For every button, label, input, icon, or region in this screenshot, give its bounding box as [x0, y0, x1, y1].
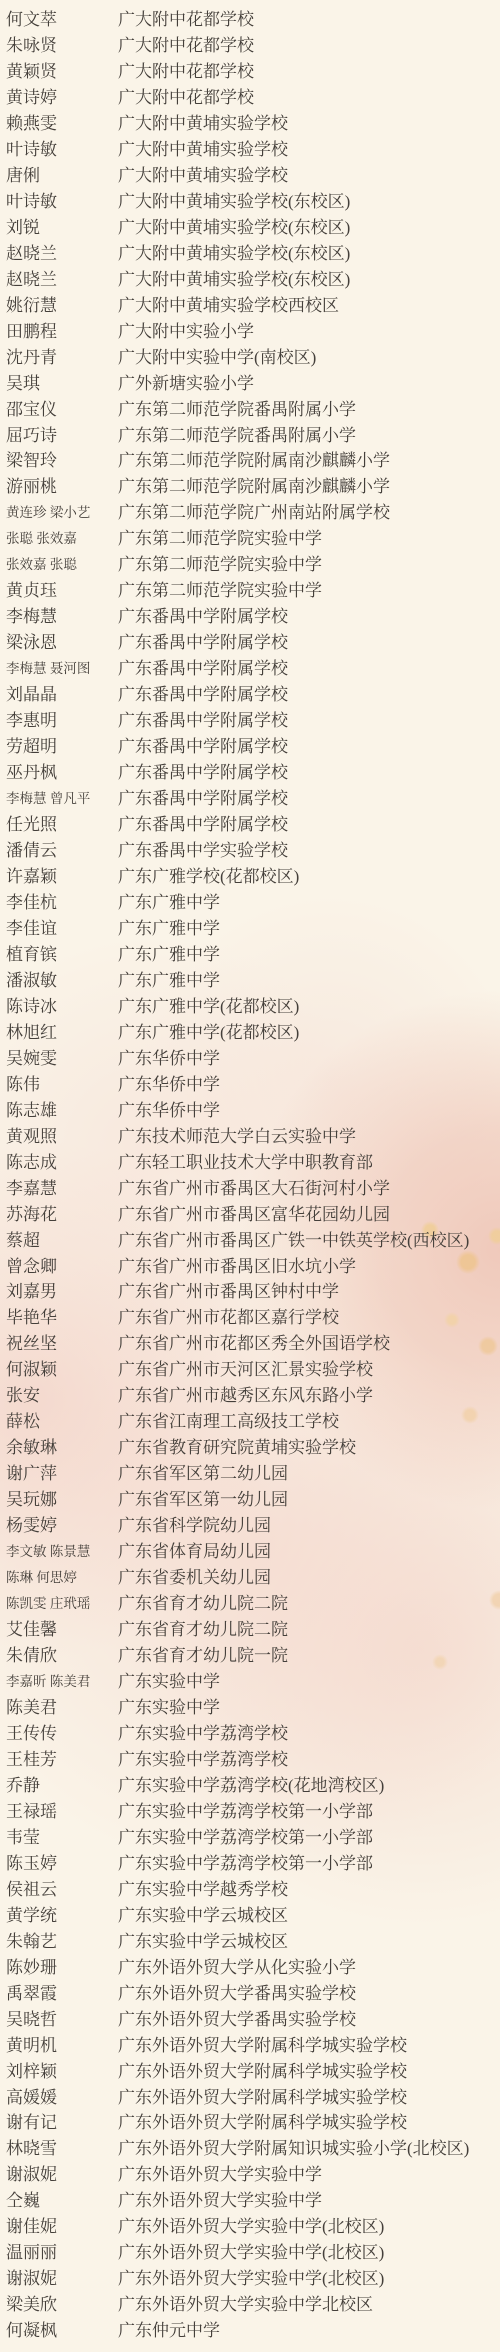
list-item: 薛松 广东省江南理工高级技工学校 — [0, 1409, 500, 1435]
school-name: 广东外语外贸大学实验中学(北校区) — [118, 2240, 500, 2266]
list-item: 高媛媛 广东外语外贸大学附属科学城实验学校 — [0, 2085, 500, 2111]
school-name: 广大附中黄埔实验学校(东校区) — [118, 189, 500, 215]
recipient-name: 许嘉颖 — [0, 864, 118, 890]
list-item: 陈玉婷 广东实验中学荔湾学校第一小学部 — [0, 1851, 500, 1877]
recipient-name: 乔静 — [0, 1773, 118, 1799]
school-name: 广东第二师范学院附属南沙麒麟小学 — [118, 448, 500, 474]
recipient-name: 巫丹枫 — [0, 760, 118, 786]
school-name: 广东番禺中学附属学校 — [118, 630, 500, 656]
school-name: 广东外语外贸大学附属科学城实验学校 — [118, 2085, 500, 2111]
recipient-name: 李惠明 — [0, 708, 118, 734]
school-name: 广东广雅中学 — [118, 942, 500, 968]
school-name: 广东外语外贸大学实验中学(北校区) — [118, 2214, 500, 2240]
school-name: 广东实验中学云城校区 — [118, 1903, 500, 1929]
school-name: 广东实验中学荔湾学校 — [118, 1721, 500, 1747]
list-item: 陈凯雯 庄玳瑶 广东省育才幼儿院二院 — [0, 1591, 500, 1617]
school-name: 广大附中黄埔实验学校(东校区) — [118, 267, 500, 293]
school-name: 广东华侨中学 — [118, 1046, 500, 1072]
recipient-name: 李梅慧 聂河图 — [0, 656, 118, 682]
recipient-name: 薛松 — [0, 1409, 118, 1435]
school-name: 广东省广州市番禺区大石街河村小学 — [118, 1176, 500, 1202]
list-item: 林晓雪 广东外语外贸大学附属知识城实验小学(北校区) — [0, 2136, 500, 2162]
recipient-name: 李佳杭 — [0, 890, 118, 916]
recipient-name: 黄颖贤 — [0, 59, 118, 85]
recipient-name: 蔡超 — [0, 1228, 118, 1254]
recipient-name: 刘梓颖 — [0, 2059, 118, 2085]
list-item: 祝丝坚 广东省广州市花都区秀全外国语学校 — [0, 1331, 500, 1357]
school-name: 广大附中黄埔实验学校 — [118, 111, 500, 137]
school-name: 广东华侨中学 — [118, 1072, 500, 1098]
list-item: 许嘉颖 广东广雅学校(花都校区) — [0, 864, 500, 890]
school-name: 广东省广州市番禺区钟村中学 — [118, 1279, 500, 1305]
recipient-name: 刘锐 — [0, 215, 118, 241]
list-item: 梁泳恩 广东番禺中学附属学校 — [0, 630, 500, 656]
school-name: 广东广雅中学 — [118, 968, 500, 994]
list-item: 游丽桃 广东第二师范学院附属南沙麒麟小学 — [0, 474, 500, 500]
school-name: 广东省科学院幼儿园 — [118, 1513, 500, 1539]
recipient-name: 刘晶晶 — [0, 682, 118, 708]
school-name: 广东广雅中学 — [118, 890, 500, 916]
recipient-name: 余敏琳 — [0, 1435, 118, 1461]
recipient-name: 黄学统 — [0, 1903, 118, 1929]
recipient-name: 陈玉婷 — [0, 1851, 118, 1877]
list-item: 禹翠霞 广东外语外贸大学番禺实验学校 — [0, 1981, 500, 2007]
recipient-name: 毕艳华 — [0, 1305, 118, 1331]
list-item: 侯祖云 广东实验中学越秀学校 — [0, 1877, 500, 1903]
list-item: 李嘉昕 陈美君 广东实验中学 — [0, 1669, 500, 1695]
school-name: 广东技术师范大学白云实验中学 — [118, 1124, 500, 1150]
recipient-name: 张效嘉 张聪 — [0, 552, 118, 578]
list-item: 曾念卿 广东省广州市番禺区旧水坑小学 — [0, 1254, 500, 1280]
school-name: 广东实验中学荔湾学校 — [118, 1747, 500, 1773]
school-name: 广东番禺中学附属学校 — [118, 734, 500, 760]
recipient-name: 朱翰艺 — [0, 1929, 118, 1955]
list-item: 吴琪 广外新塘实验小学 — [0, 371, 500, 397]
recipient-name: 潘淑敏 — [0, 968, 118, 994]
list-item: 陈志成 广东轻工职业技术大学中职教育部 — [0, 1150, 500, 1176]
recipient-name: 林晓雪 — [0, 2136, 118, 2162]
school-name: 广东省广州市花都区嘉行学校 — [118, 1305, 500, 1331]
recipient-name: 杨雯婷 — [0, 1513, 118, 1539]
list-item: 吴晓哲 广东外语外贸大学番禺实验学校 — [0, 2007, 500, 2033]
recipient-name: 陈诗冰 — [0, 994, 118, 1020]
recipient-name: 谢有记 — [0, 2110, 118, 2136]
school-name: 广东省体育局幼儿园 — [118, 1539, 500, 1565]
recipient-name: 植育镔 — [0, 942, 118, 968]
school-name: 广东外语外贸大学实验中学 — [118, 2162, 500, 2188]
recipient-name: 李文敏 陈景慧 — [0, 1539, 118, 1565]
school-name: 广东省育才幼儿院二院 — [118, 1591, 500, 1617]
school-name: 广大附中花都学校 — [118, 59, 500, 85]
list-item: 黄贞珏 广东第二师范学院实验中学 — [0, 578, 500, 604]
list-item: 谢淑妮 广东外语外贸大学实验中学 — [0, 2162, 500, 2188]
list-item: 李梅慧 广东番禺中学附属学校 — [0, 604, 500, 630]
list-item: 黄颖贤 广大附中花都学校 — [0, 59, 500, 85]
list-item: 何淑颖 广东省广州市天河区汇景实验学校 — [0, 1357, 500, 1383]
list-item: 刘锐 广大附中黄埔实验学校(东校区) — [0, 215, 500, 241]
school-name: 广东第二师范学院附属南沙麒麟小学 — [118, 474, 500, 500]
recipient-name: 何凝枫 — [0, 2318, 118, 2344]
list-item: 温丽丽 广东外语外贸大学实验中学(北校区) — [0, 2240, 500, 2266]
list-item: 田鹏程 广大附中实验小学 — [0, 319, 500, 345]
recipient-name: 仝巍 — [0, 2188, 118, 2214]
recipient-name: 陈志雄 — [0, 1098, 118, 1124]
list-item: 张效嘉 张聪 广东第二师范学院实验中学 — [0, 552, 500, 578]
list-item: 赵晓兰 广大附中黄埔实验学校(东校区) — [0, 241, 500, 267]
list-item: 邵宝仪 广东第二师范学院番禺附属小学 — [0, 397, 500, 423]
recipient-name: 黄明机 — [0, 2033, 118, 2059]
school-name: 广东省育才幼儿院一院 — [118, 1643, 500, 1669]
recipient-name: 李嘉昕 陈美君 — [0, 1669, 118, 1695]
school-name: 广大附中黄埔实验学校(东校区) — [118, 215, 500, 241]
school-name: 广东实验中学 — [118, 1695, 500, 1721]
recipient-name: 王桂芳 — [0, 1747, 118, 1773]
recipient-name: 梁泳恩 — [0, 630, 118, 656]
recipient-name: 赵晓兰 — [0, 267, 118, 293]
recipient-name: 高媛媛 — [0, 2085, 118, 2111]
school-name: 广大附中花都学校 — [118, 7, 500, 33]
recipient-name: 苏海花 — [0, 1202, 118, 1228]
list-item: 植育镔 广东广雅中学 — [0, 942, 500, 968]
school-name: 广东第二师范学院实验中学 — [118, 578, 500, 604]
recipient-name: 陈伟 — [0, 1072, 118, 1098]
school-name: 广东番禺中学附属学校 — [118, 786, 500, 812]
school-name: 广大附中花都学校 — [118, 33, 500, 59]
list-item: 潘淑敏 广东广雅中学 — [0, 968, 500, 994]
school-name: 广大附中黄埔实验学校西校区 — [118, 293, 500, 319]
school-name: 广东番禺中学附属学校 — [118, 760, 500, 786]
award-list-page: { "style": { "page_background": "#faf4e8… — [0, 0, 500, 2352]
school-name: 广东实验中学荔湾学校(花地湾校区) — [118, 1773, 500, 1799]
recipient-name: 叶诗敏 — [0, 189, 118, 215]
list-item: 谢佳妮 广东外语外贸大学实验中学(北校区) — [0, 2214, 500, 2240]
list-item: 黄观照 广东技术师范大学白云实验中学 — [0, 1124, 500, 1150]
list-item: 何文萃 广大附中花都学校 — [0, 7, 500, 33]
list-item: 王桂芳 广东实验中学荔湾学校 — [0, 1747, 500, 1773]
recipient-name: 沈丹青 — [0, 345, 118, 371]
list-item: 黄学统 广东实验中学云城校区 — [0, 1903, 500, 1929]
recipient-name: 任光照 — [0, 812, 118, 838]
list-item: 毕艳华 广东省广州市花都区嘉行学校 — [0, 1305, 500, 1331]
list-item: 陈琳 何思婷 广东省委机关幼儿园 — [0, 1565, 500, 1591]
recipient-name: 艾佳馨 — [0, 1617, 118, 1643]
list-item: 谢有记 广东外语外贸大学附属科学城实验学校 — [0, 2110, 500, 2136]
recipient-name: 陈琳 何思婷 — [0, 1565, 118, 1591]
recipient-name: 唐俐 — [0, 163, 118, 189]
list-item: 沈丹青 广大附中实验中学(南校区) — [0, 345, 500, 371]
school-name: 广大附中黄埔实验学校 — [118, 137, 500, 163]
recipient-name: 赵晓兰 — [0, 241, 118, 267]
list-item: 张安 广东省广州市越秀区东风东路小学 — [0, 1383, 500, 1409]
list-item: 黄诗婷 广大附中花都学校 — [0, 85, 500, 111]
school-name: 广东省江南理工高级技工学校 — [118, 1409, 500, 1435]
list-item: 姚衍慧 广大附中黄埔实验学校西校区 — [0, 293, 500, 319]
recipient-name: 温丽丽 — [0, 2240, 118, 2266]
list-item: 赵晓兰 广大附中黄埔实验学校(东校区) — [0, 267, 500, 293]
school-name: 广东华侨中学 — [118, 1098, 500, 1124]
school-name: 广东外语外贸大学附属知识城实验小学(北校区) — [118, 2136, 500, 2162]
recipient-name: 王传传 — [0, 1721, 118, 1747]
list-item: 陈志雄 广东华侨中学 — [0, 1098, 500, 1124]
recipient-name: 侯祖云 — [0, 1877, 118, 1903]
recipient-name: 陈妙珊 — [0, 1955, 118, 1981]
school-name: 广东第二师范学院实验中学 — [118, 526, 500, 552]
school-name: 广东省广州市天河区汇景实验学校 — [118, 1357, 500, 1383]
recipient-name: 赖燕雯 — [0, 111, 118, 137]
list-item: 叶诗敏 广大附中黄埔实验学校 — [0, 137, 500, 163]
list-item: 黄连珍 梁小艺 广东第二师范学院广州南站附属学校 — [0, 500, 500, 526]
recipient-name: 叶诗敏 — [0, 137, 118, 163]
school-name: 广东番禺中学附属学校 — [118, 604, 500, 630]
recipient-name: 陈美君 — [0, 1695, 118, 1721]
school-name: 广东省广州市番禺区富华花园幼儿园 — [118, 1202, 500, 1228]
recipient-name: 谢广萍 — [0, 1461, 118, 1487]
school-name: 广东外语外贸大学番禺实验学校 — [118, 2007, 500, 2033]
recipient-name: 吴玩娜 — [0, 1487, 118, 1513]
list-item: 吴玩娜 广东省军区第一幼儿园 — [0, 1487, 500, 1513]
recipient-name: 李梅慧 — [0, 604, 118, 630]
school-name: 广东省广州市越秀区东风东路小学 — [118, 1383, 500, 1409]
school-name: 广东仲元中学 — [118, 2318, 500, 2344]
list-item: 苏海花 广东省广州市番禺区富华花园幼儿园 — [0, 1202, 500, 1228]
list-item: 刘梓颖 广东外语外贸大学附属科学城实验学校 — [0, 2059, 500, 2085]
school-name: 广东实验中学越秀学校 — [118, 1877, 500, 1903]
list-item: 刘嘉男 广东省广州市番禺区钟村中学 — [0, 1279, 500, 1305]
list-item: 朱翰艺 广东实验中学云城校区 — [0, 1929, 500, 1955]
school-name: 广大附中花都学校 — [118, 85, 500, 111]
list-item: 王传传 广东实验中学荔湾学校 — [0, 1721, 500, 1747]
list-item: 李梅慧 曾凡平 广东番禺中学附属学校 — [0, 786, 500, 812]
list-item: 刘晶晶 广东番禺中学附属学校 — [0, 682, 500, 708]
recipient-name: 潘倩云 — [0, 838, 118, 864]
school-name: 广东第二师范学院实验中学 — [118, 552, 500, 578]
school-name: 广东番禺中学附属学校 — [118, 708, 500, 734]
list-item: 巫丹枫 广东番禺中学附属学校 — [0, 760, 500, 786]
recipient-name: 何文萃 — [0, 7, 118, 33]
school-name: 广东实验中学荔湾学校第一小学部 — [118, 1851, 500, 1877]
school-name: 广东省育才幼儿院二院 — [118, 1617, 500, 1643]
list-item: 叶诗敏 广大附中黄埔实验学校(东校区) — [0, 189, 500, 215]
recipient-name: 王禄瑶 — [0, 1799, 118, 1825]
recipient-name: 谢佳妮 — [0, 2214, 118, 2240]
school-name: 广东省军区第二幼儿园 — [118, 1461, 500, 1487]
school-name: 广东外语外贸大学实验中学(北校区) — [118, 2266, 500, 2292]
school-name: 广东广雅中学(花都校区) — [118, 994, 500, 1020]
list-item: 仝巍 广东外语外贸大学实验中学 — [0, 2188, 500, 2214]
list-item: 谢广萍 广东省军区第二幼儿园 — [0, 1461, 500, 1487]
list-item: 韦莹 广东实验中学荔湾学校第一小学部 — [0, 1825, 500, 1851]
recipient-name: 朱倩欣 — [0, 1643, 118, 1669]
list-item: 艾佳馨 广东省育才幼儿院二院 — [0, 1617, 500, 1643]
list-item: 朱咏贤 广大附中花都学校 — [0, 33, 500, 59]
list-item: 李嘉慧 广东省广州市番禺区大石街河村小学 — [0, 1176, 500, 1202]
recipient-name: 梁智玲 — [0, 448, 118, 474]
school-name: 广东第二师范学院广州南站附属学校 — [118, 500, 500, 526]
list-item: 李梅慧 聂河图 广东番禺中学附属学校 — [0, 656, 500, 682]
school-name: 广东外语外贸大学附属科学城实验学校 — [118, 2110, 500, 2136]
list-item: 黄明机 广东外语外贸大学附属科学城实验学校 — [0, 2033, 500, 2059]
recipient-name: 禹翠霞 — [0, 1981, 118, 2007]
school-name: 广东实验中学荔湾学校第一小学部 — [118, 1825, 500, 1851]
recipient-name: 劳超明 — [0, 734, 118, 760]
recipient-name: 谢淑妮 — [0, 2266, 118, 2292]
recipient-name: 黄连珍 梁小艺 — [0, 500, 118, 526]
recipient-name: 刘嘉男 — [0, 1279, 118, 1305]
recipient-name: 朱咏贤 — [0, 33, 118, 59]
recipient-name: 黄观照 — [0, 1124, 118, 1150]
recipient-name: 黄贞珏 — [0, 578, 118, 604]
list-item: 张聪 张效嘉 广东第二师范学院实验中学 — [0, 526, 500, 552]
recipient-name: 李嘉慧 — [0, 1176, 118, 1202]
list-item: 李文敏 陈景慧 广东省体育局幼儿园 — [0, 1539, 500, 1565]
recipient-name: 李梅慧 曾凡平 — [0, 786, 118, 812]
school-name: 广东番禺中学附属学校 — [118, 682, 500, 708]
award-list: 何文萃 广大附中花都学校 朱咏贤 广大附中花都学校 黄颖贤 广大附中花都学校 黄… — [0, 0, 500, 2344]
school-name: 广东第二师范学院番禺附属小学 — [118, 423, 500, 449]
school-name: 广东轻工职业技术大学中职教育部 — [118, 1150, 500, 1176]
list-item: 陈美君 广东实验中学 — [0, 1695, 500, 1721]
school-name: 广东第二师范学院番禺附属小学 — [118, 397, 500, 423]
school-name: 广东番禺中学附属学校 — [118, 656, 500, 682]
recipient-name: 张聪 张效嘉 — [0, 526, 118, 552]
recipient-name: 黄诗婷 — [0, 85, 118, 111]
school-name: 广东外语外贸大学番禺实验学校 — [118, 1981, 500, 2007]
school-name: 广大附中实验小学 — [118, 319, 500, 345]
list-item: 屈巧诗 广东第二师范学院番禺附属小学 — [0, 423, 500, 449]
recipient-name: 姚衍慧 — [0, 293, 118, 319]
school-name: 广东省广州市番禺区广铁一中铁英学校(西校区) — [118, 1228, 500, 1254]
list-item: 任光照 广东番禺中学附属学校 — [0, 812, 500, 838]
list-item: 陈妙珊 广东外语外贸大学从化实验小学 — [0, 1955, 500, 1981]
school-name: 广东外语外贸大学实验中学北校区 — [118, 2292, 500, 2318]
list-item: 赖燕雯 广大附中黄埔实验学校 — [0, 111, 500, 137]
list-item: 李惠明 广东番禺中学附属学校 — [0, 708, 500, 734]
recipient-name: 何淑颖 — [0, 1357, 118, 1383]
list-item: 朱倩欣 广东省育才幼儿院一院 — [0, 1643, 500, 1669]
school-name: 广东省广州市花都区秀全外国语学校 — [118, 1331, 500, 1357]
recipient-name: 张安 — [0, 1383, 118, 1409]
list-item: 陈伟 广东华侨中学 — [0, 1072, 500, 1098]
recipient-name: 陈志成 — [0, 1150, 118, 1176]
school-name: 广东省委机关幼儿园 — [118, 1565, 500, 1591]
list-item: 蔡超 广东省广州市番禺区广铁一中铁英学校(西校区) — [0, 1228, 500, 1254]
school-name: 广东广雅学校(花都校区) — [118, 864, 500, 890]
list-item: 杨雯婷 广东省科学院幼儿园 — [0, 1513, 500, 1539]
school-name: 广东外语外贸大学附属科学城实验学校 — [118, 2033, 500, 2059]
recipient-name: 梁美欣 — [0, 2292, 118, 2318]
list-item: 劳超明 广东番禺中学附属学校 — [0, 734, 500, 760]
list-item: 乔静 广东实验中学荔湾学校(花地湾校区) — [0, 1773, 500, 1799]
school-name: 广东实验中学荔湾学校第一小学部 — [118, 1799, 500, 1825]
list-item: 何凝枫 广东仲元中学 — [0, 2318, 500, 2344]
recipient-name: 田鹏程 — [0, 319, 118, 345]
list-item: 王禄瑶 广东实验中学荔湾学校第一小学部 — [0, 1799, 500, 1825]
list-item: 林旭红 广东广雅中学(花都校区) — [0, 1020, 500, 1046]
recipient-name: 吴婉雯 — [0, 1046, 118, 1072]
list-item: 潘倩云 广东番禺中学实验学校 — [0, 838, 500, 864]
recipient-name: 游丽桃 — [0, 474, 118, 500]
list-item: 陈诗冰 广东广雅中学(花都校区) — [0, 994, 500, 1020]
recipient-name: 曾念卿 — [0, 1254, 118, 1280]
school-name: 广东番禺中学实验学校 — [118, 838, 500, 864]
school-name: 广东实验中学 — [118, 1669, 500, 1695]
school-name: 广东外语外贸大学实验中学 — [118, 2188, 500, 2214]
recipient-name: 祝丝坚 — [0, 1331, 118, 1357]
school-name: 广东省广州市番禺区旧水坑小学 — [118, 1254, 500, 1280]
recipient-name: 吴晓哲 — [0, 2007, 118, 2033]
school-name: 广外新塘实验小学 — [118, 371, 500, 397]
recipient-name: 谢淑妮 — [0, 2162, 118, 2188]
school-name: 广东广雅中学(花都校区) — [118, 1020, 500, 1046]
school-name: 广大附中实验中学(南校区) — [118, 345, 500, 371]
recipient-name: 林旭红 — [0, 1020, 118, 1046]
list-item: 梁美欣 广东外语外贸大学实验中学北校区 — [0, 2292, 500, 2318]
recipient-name: 屈巧诗 — [0, 423, 118, 449]
list-item: 唐俐 广大附中黄埔实验学校 — [0, 163, 500, 189]
school-name: 广东外语外贸大学从化实验小学 — [118, 1955, 500, 1981]
recipient-name: 吴琪 — [0, 371, 118, 397]
school-name: 广东外语外贸大学附属科学城实验学校 — [118, 2059, 500, 2085]
school-name: 广大附中黄埔实验学校 — [118, 163, 500, 189]
school-name: 广大附中黄埔实验学校(东校区) — [118, 241, 500, 267]
recipient-name: 李佳谊 — [0, 916, 118, 942]
recipient-name: 陈凯雯 庄玳瑶 — [0, 1591, 118, 1617]
list-item: 余敏琳 广东省教育研究院黄埔实验学校 — [0, 1435, 500, 1461]
school-name: 广东广雅中学 — [118, 916, 500, 942]
list-item: 吴婉雯 广东华侨中学 — [0, 1046, 500, 1072]
list-item: 李佳杭 广东广雅中学 — [0, 890, 500, 916]
list-item: 谢淑妮 广东外语外贸大学实验中学(北校区) — [0, 2266, 500, 2292]
recipient-name: 邵宝仪 — [0, 397, 118, 423]
school-name: 广东实验中学云城校区 — [118, 1929, 500, 1955]
school-name: 广东省教育研究院黄埔实验学校 — [118, 1435, 500, 1461]
recipient-name: 韦莹 — [0, 1825, 118, 1851]
school-name: 广东省军区第一幼儿园 — [118, 1487, 500, 1513]
list-item: 梁智玲 广东第二师范学院附属南沙麒麟小学 — [0, 448, 500, 474]
school-name: 广东番禺中学附属学校 — [118, 812, 500, 838]
list-item: 李佳谊 广东广雅中学 — [0, 916, 500, 942]
